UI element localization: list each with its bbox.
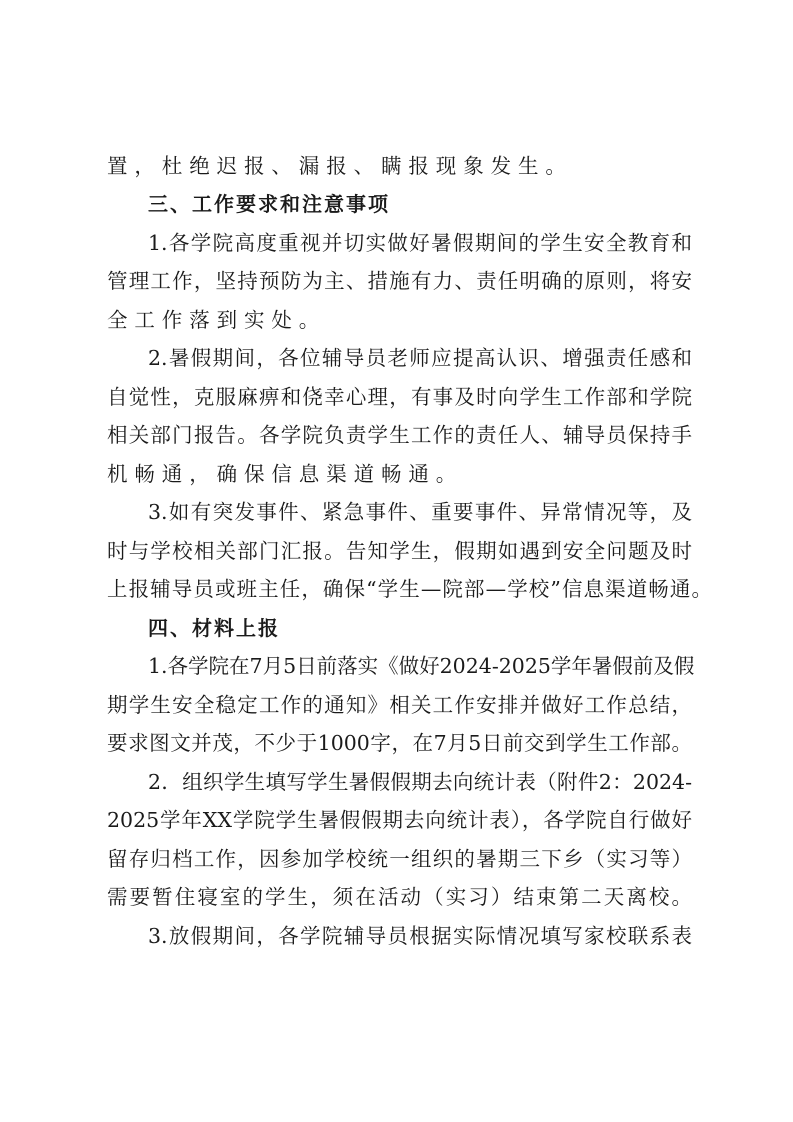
section-heading-4: 四、材料上报 — [148, 613, 692, 643]
section-heading-3: 三、工作要求和注意事项 — [148, 189, 692, 219]
paragraph-line: 1.各学院高度重视并切实做好暑假期间的学生安全教育和 — [148, 228, 692, 258]
paragraph-line: 全工作落到实处。 — [107, 305, 692, 335]
paragraph-line: 上报辅导员或班主任，确保“学生—院部—学校”信息渠道畅通。 — [107, 574, 712, 604]
paragraph-line: 期学生安全稳定工作的通知》相关工作安排并做好工作总结， — [107, 690, 692, 720]
paragraph-line: 管理工作，坚持预防为主、措施有力、责任明确的原则，将安 — [107, 266, 692, 296]
paragraph-line: 3.放假期间，各学院辅导员根据实际情况填写家校联系表 — [148, 921, 692, 951]
paragraph-line: 要求图文并茂，不少于1000字，在7月5日前交到学生工作部。 — [107, 728, 692, 758]
paragraph-line: 留存归档工作，因参加学校统一组织的暑期三下乡（实习等） — [107, 844, 692, 874]
paragraph-line: 机畅通，确保信息渠道畅通。 — [107, 459, 692, 489]
body-text-line: 置，杜绝迟报、漏报、瞒报现象发生。 — [107, 151, 692, 181]
document-page: 置，杜绝迟报、漏报、瞒报现象发生。 三、工作要求和注意事项 1.各学院高度重视并… — [0, 0, 793, 1122]
paragraph-line: 2．组织学生填写学生暑假假期去向统计表（附件2：2024- — [148, 767, 692, 797]
paragraph-line: 1.各学院在7月5日前落实《做好2024-2025学年暑假前及假 — [148, 651, 692, 681]
paragraph-line: 相关部门报告。各学院负责学生工作的责任人、辅导员保持手 — [107, 420, 692, 450]
paragraph-line: 自觉性，克服麻痹和侥幸心理，有事及时向学生工作部和学院 — [107, 382, 692, 412]
paragraph-line: 2025学年XX学院学生暑假假期去向统计表），各学院自行做好 — [107, 805, 692, 835]
paragraph-line: 时与学校相关部门汇报。告知学生，假期如遇到安全问题及时 — [107, 536, 692, 566]
paragraph-line: 3.如有突发事件、紧急事件、重要事件、异常情况等，及 — [148, 497, 692, 527]
paragraph-line: 需要暂住寝室的学生，须在活动（实习）结束第二天离校。 — [107, 882, 692, 912]
paragraph-line: 2.暑假期间，各位辅导员老师应提高认识、增强责任感和 — [148, 343, 692, 373]
